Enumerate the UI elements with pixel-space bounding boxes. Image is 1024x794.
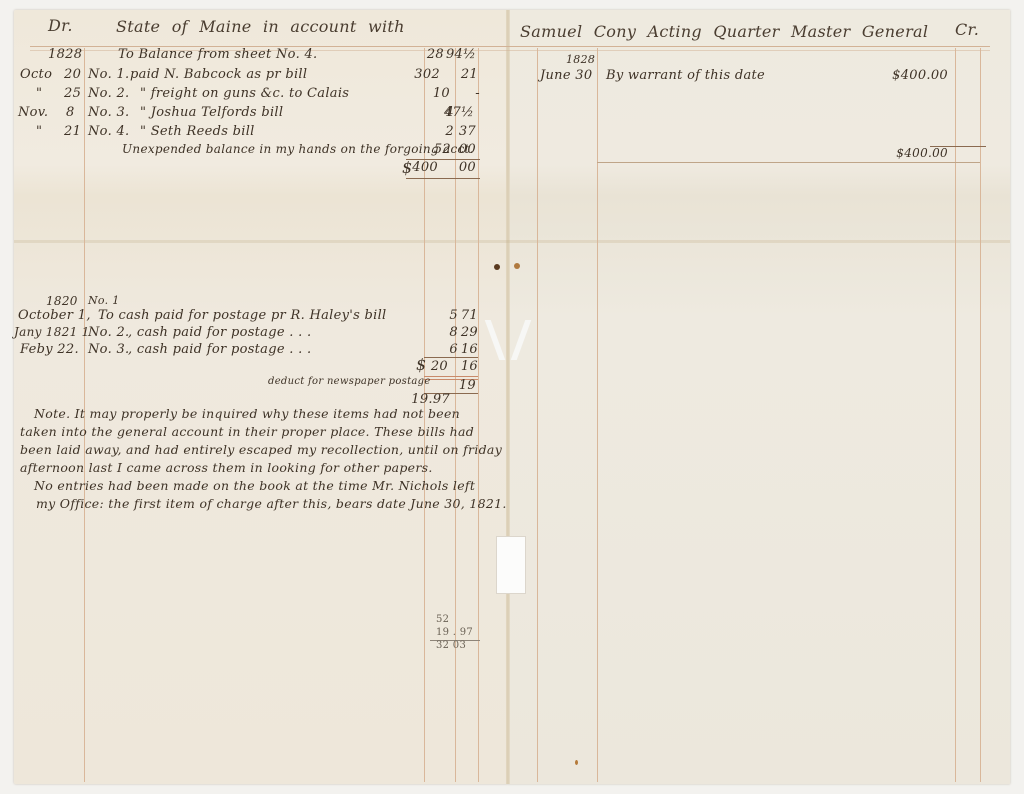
credit-date: June 30 — [540, 68, 592, 83]
credit-label: Cr. — [955, 20, 979, 39]
unexpended-balance-label: Unexpended balance in my hands on the fo… — [122, 142, 474, 156]
postage-dollars: 5 — [449, 308, 458, 323]
note-line: afternoon last I came across them in loo… — [20, 460, 433, 475]
postage-cents: 29 — [461, 325, 478, 340]
entry-month: " — [36, 86, 42, 101]
entry-description: " freight on guns &c. to Calais — [140, 86, 349, 101]
postage-subtotal-cents: 16 — [461, 359, 478, 374]
entry-cents: 47½ — [444, 105, 474, 120]
note-line: my Office: the first item of charge afte… — [36, 496, 507, 511]
pencil-line: 32 03 — [436, 640, 466, 651]
postage-year: 1820 — [46, 294, 78, 308]
debit-total-underline — [406, 178, 480, 179]
credit-description-column-rule — [597, 48, 598, 782]
ink-stain — [494, 264, 500, 270]
pencil-line: 19 . 97 — [436, 627, 473, 638]
postage-no-label: No. 1 — [88, 294, 120, 307]
postage-voucher: No. 3. — [88, 342, 129, 357]
entry-cents: 21 — [461, 67, 478, 82]
entry-description: To Balance from sheet No. 4. — [118, 47, 317, 62]
postage-cents: 71 — [461, 308, 478, 323]
entry-description: " Joshua Telfords bill — [140, 105, 283, 120]
horizontal-fold-crease — [14, 240, 1010, 243]
postage-red-rule — [424, 376, 478, 377]
entry-month: Nov. — [18, 105, 48, 120]
entry-voucher: No. 1. — [88, 67, 129, 82]
entry-month: " — [36, 124, 42, 139]
note-line: taken into the general account in their … — [20, 424, 474, 439]
debit-total-cents: 00 — [459, 160, 476, 175]
postage-cents: 16 — [461, 342, 478, 357]
postage-dollars: 8 — [449, 325, 458, 340]
dollar-sign: $ — [402, 158, 412, 177]
paper-tear — [496, 536, 526, 594]
entry-dollars: 52 — [434, 142, 451, 157]
debit-label: Dr. — [48, 16, 73, 35]
credit-year: 1828 — [566, 53, 595, 66]
entry-day: 20 — [64, 67, 81, 82]
postage-date: Jany 1821 1 — [14, 325, 90, 339]
postage-description: , cash paid for postage . . . — [128, 342, 311, 357]
credit-description: By warrant of this date — [606, 68, 765, 83]
postage-voucher: No. 2. — [88, 325, 129, 340]
credit-date-column-rule — [537, 48, 538, 782]
right-header-title: Samuel Cony Acting Quarter Master Genera… — [520, 22, 928, 41]
entry-cents: - — [475, 86, 480, 101]
entry-voucher: No. 4. — [88, 124, 129, 139]
entry-voucher: No. 2. — [88, 86, 129, 101]
entry-day: 8 — [66, 105, 75, 120]
entry-cents: 94½ — [446, 47, 476, 62]
ink-stain — [575, 760, 578, 765]
credit-total-rule — [597, 162, 980, 163]
entry-dollars: 302 — [414, 67, 440, 82]
entry-month: Octo — [20, 67, 52, 82]
dollar-sign: $ — [416, 355, 426, 374]
entry-day: 21 — [64, 124, 81, 139]
entry-cents: 00 — [459, 142, 476, 157]
credit-right-margin-rule — [980, 48, 981, 782]
entry-voucher: No. 3. — [88, 105, 129, 120]
postage-date: October 1, — [18, 308, 91, 323]
entry-description: paid N. Babcock as pr bill — [130, 67, 307, 82]
credit-amount: $400.00 — [892, 68, 948, 83]
postage-sum-rule — [424, 357, 478, 358]
entry-dollars: 2 — [445, 124, 454, 139]
postage-description: To cash paid for postage pr R. Haley's b… — [98, 308, 387, 323]
entry-cents: 37 — [459, 124, 476, 139]
pencil-line: 52 — [436, 614, 449, 625]
note-line: No entries had been made on the book at … — [34, 478, 475, 493]
postage-net: 19.97 — [411, 392, 450, 407]
note-line: Note. It may properly be inquired why th… — [34, 406, 460, 421]
center-fold — [506, 10, 510, 784]
postage-description: , cash paid for postage . . . — [128, 325, 311, 340]
credit-total: $400.00 — [896, 146, 948, 160]
entry-description: " Seth Reeds bill — [140, 124, 255, 139]
left-header-title: State of Maine in account with — [116, 17, 405, 36]
postage-subtotal-dollars: 20 — [431, 359, 448, 374]
postage-date: Feby 22. — [20, 342, 79, 357]
deduction-label: deduct for newspaper postage — [268, 376, 431, 387]
entry-dollars: 10 — [433, 86, 450, 101]
postage-dollars: 6 — [449, 342, 458, 357]
credit-amount-column-rule — [955, 48, 956, 782]
entry-year: 1828 — [48, 47, 82, 62]
debit-total-dollars: 400 — [412, 160, 438, 175]
entry-dollars: 28 — [427, 47, 444, 62]
deduction-cents: 19 — [459, 378, 476, 393]
note-line: been laid away, and had entirely escaped… — [20, 442, 502, 457]
entry-day: 25 — [64, 86, 81, 101]
ledger-right-page — [508, 10, 1010, 784]
ink-stain — [514, 263, 520, 269]
